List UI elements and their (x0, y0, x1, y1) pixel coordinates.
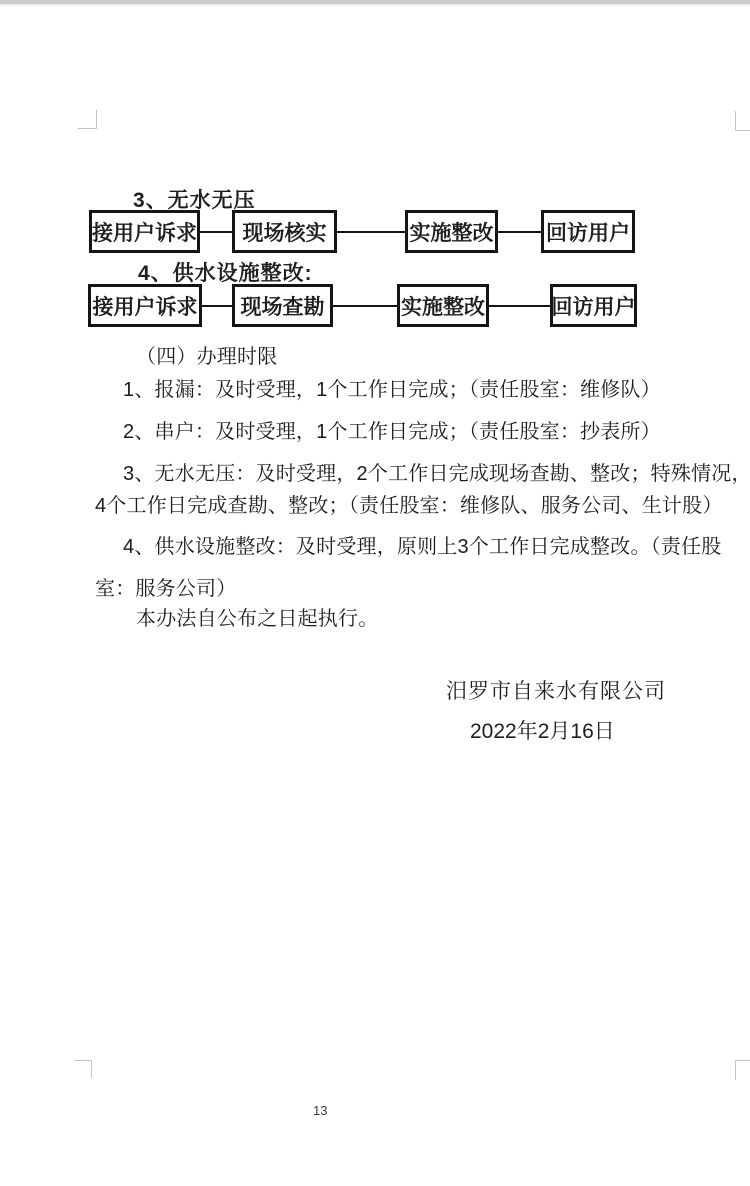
page-number: 13 (313, 1103, 327, 1118)
body-item-3-line-2: 4个工作日完成查勘、整改；（责任股室：维修队、服务公司、生计股） (95, 489, 723, 518)
body-item-3-line-1: 3、无水无压：及时受理，2个工作日完成现场查勘、整改；特殊情况， (123, 457, 750, 486)
body-item-1: 1、报漏：及时受理，1个工作日完成；（责任股室：维修队） (123, 373, 661, 402)
top-bar (0, 0, 750, 6)
signature-company: 汨罗市自来水有限公司 (446, 675, 666, 705)
body-item-2: 2、串户：及时受理，1个工作日完成；（责任股室：抄表所） (123, 415, 661, 444)
flow3-connector-2 (337, 231, 405, 233)
crop-mark-bottom-right (735, 1060, 750, 1080)
flow3-box-onsite-verify: 现场核实 (232, 210, 337, 253)
crop-mark-top-right (735, 111, 750, 131)
flow4-box-implement-rectify: 实施整改 (397, 284, 489, 327)
flow4-heading: 4、供水设施整改: (138, 257, 313, 287)
flow4-box-revisit-user: 回访用户 (550, 284, 637, 327)
closing-statement: 本办法自公布之日起执行。 (136, 602, 378, 631)
body-item-4-line-1: 4、供水设施整改：及时受理，原则上3个工作日完成整改。（责任股 (123, 530, 721, 559)
flow4-connector-1 (202, 305, 232, 307)
flow3-connector-3 (498, 231, 541, 233)
flow3-box-implement-rectify: 实施整改 (405, 210, 498, 253)
flow3-box-revisit-user: 回访用户 (541, 210, 635, 253)
flow3-box-receive-request: 接用户诉求 (89, 210, 200, 253)
crop-mark-bottom-left (74, 1060, 92, 1078)
flow4-box-onsite-survey: 现场查勘 (232, 284, 333, 327)
flow3-connector-1 (200, 231, 232, 233)
document-page: 3、无水无压 接用户诉求 现场核实 实施整改 回访用户 4、供水设施整改: 接用… (0, 8, 750, 1186)
flow4-box-receive-request: 接用户诉求 (88, 284, 202, 327)
body-item-4-line-2: 室：服务公司） (95, 572, 236, 601)
flow4-connector-3 (489, 305, 550, 307)
document-viewer: 3、无水无压 接用户诉求 现场核实 实施整改 回访用户 4、供水设施整改: 接用… (0, 0, 750, 1186)
crop-mark-top-left (78, 110, 97, 129)
section-title-time-limits: （四）办理时限 (136, 340, 277, 369)
signature-date: 2022年2月16日 (470, 715, 615, 745)
flow4-connector-2 (333, 305, 397, 307)
